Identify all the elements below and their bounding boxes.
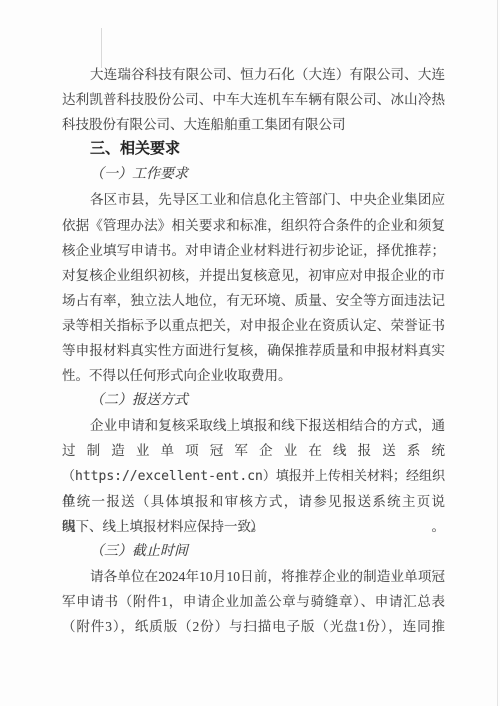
sub-heading: （一）工作要求 [62, 162, 445, 187]
text-line: 科技股份有限公司、大连船舶重工集团有限公司 [62, 112, 445, 137]
text-line: 军申请书（附件1，申请企业加盖公章与骑缝章）、申请汇总表 [62, 589, 445, 614]
sub-heading: （三）截止时间 [62, 539, 445, 564]
text-line: 性。不得以任何形式向企业收取费用。 [62, 363, 445, 388]
text-line: 各区市县，先导区工业和信息化主管部门、中央企业集团应 [62, 187, 445, 212]
document-body: 大连瑞谷科技有限公司、恒力石化（大连）有限公司、大连达利凯普科技股份公司、中车大… [62, 62, 445, 639]
text-line: （附件3），纸质版（2份）与扫描电子版（光盘1份），连同推 [62, 614, 445, 639]
scan-edge-artifact [497, 0, 498, 706]
sub-heading: （二）报送方式 [62, 388, 445, 413]
text-line: 请各单位在2024年10月10日前，将推荐企业的制造业单项冠 [62, 564, 445, 589]
section-heading: 三、相关要求 [62, 137, 445, 162]
text-line: 企业申请和复核采取线上填报和线下报送相结合的方式，通 [62, 413, 445, 438]
text-line: 录等相关指标予以重点把关，对申报企业在资质认定、荣誉证书 [62, 313, 445, 338]
text-line: 等申报材料真实性方面进行复核，确保推荐质量和申报材料真实 [62, 338, 445, 363]
text-line: 依据《管理办法》相关要求和标准，组织符合条件的企业和须复 [62, 213, 445, 238]
text-line: 达利凯普科技股份公司、中车大连机车车辆有限公司、冰山冷热 [62, 87, 445, 112]
text-line: 大连瑞谷科技有限公司、恒力石化（大连）有限公司、大连 [62, 62, 445, 87]
text-line: 场占有率，独立法人地位，有无环境、质量、安全等方面违法记 [62, 288, 445, 313]
scanned-document-page: 大连瑞谷科技有限公司、恒力石化（大连）有限公司、大连达利凯普科技股份公司、中车大… [0, 0, 500, 706]
text-line: 过制造业单项冠军企业在线报送系统 [62, 438, 445, 463]
text-line: 核企业填写申请书。对申请企业材料进行初步论证，择优推荐； [62, 238, 445, 263]
text-line: 位统一报送（具体填报和审核方式，请参见报送系统主页说明）。 [62, 489, 445, 514]
text-line: 对复核企业组织初核，并提出复核意见，初审应对申报企业的市 [62, 263, 445, 288]
text-line: （https://excellent-ent.cn）填报并上传相关材料；经组织单 [62, 464, 445, 489]
